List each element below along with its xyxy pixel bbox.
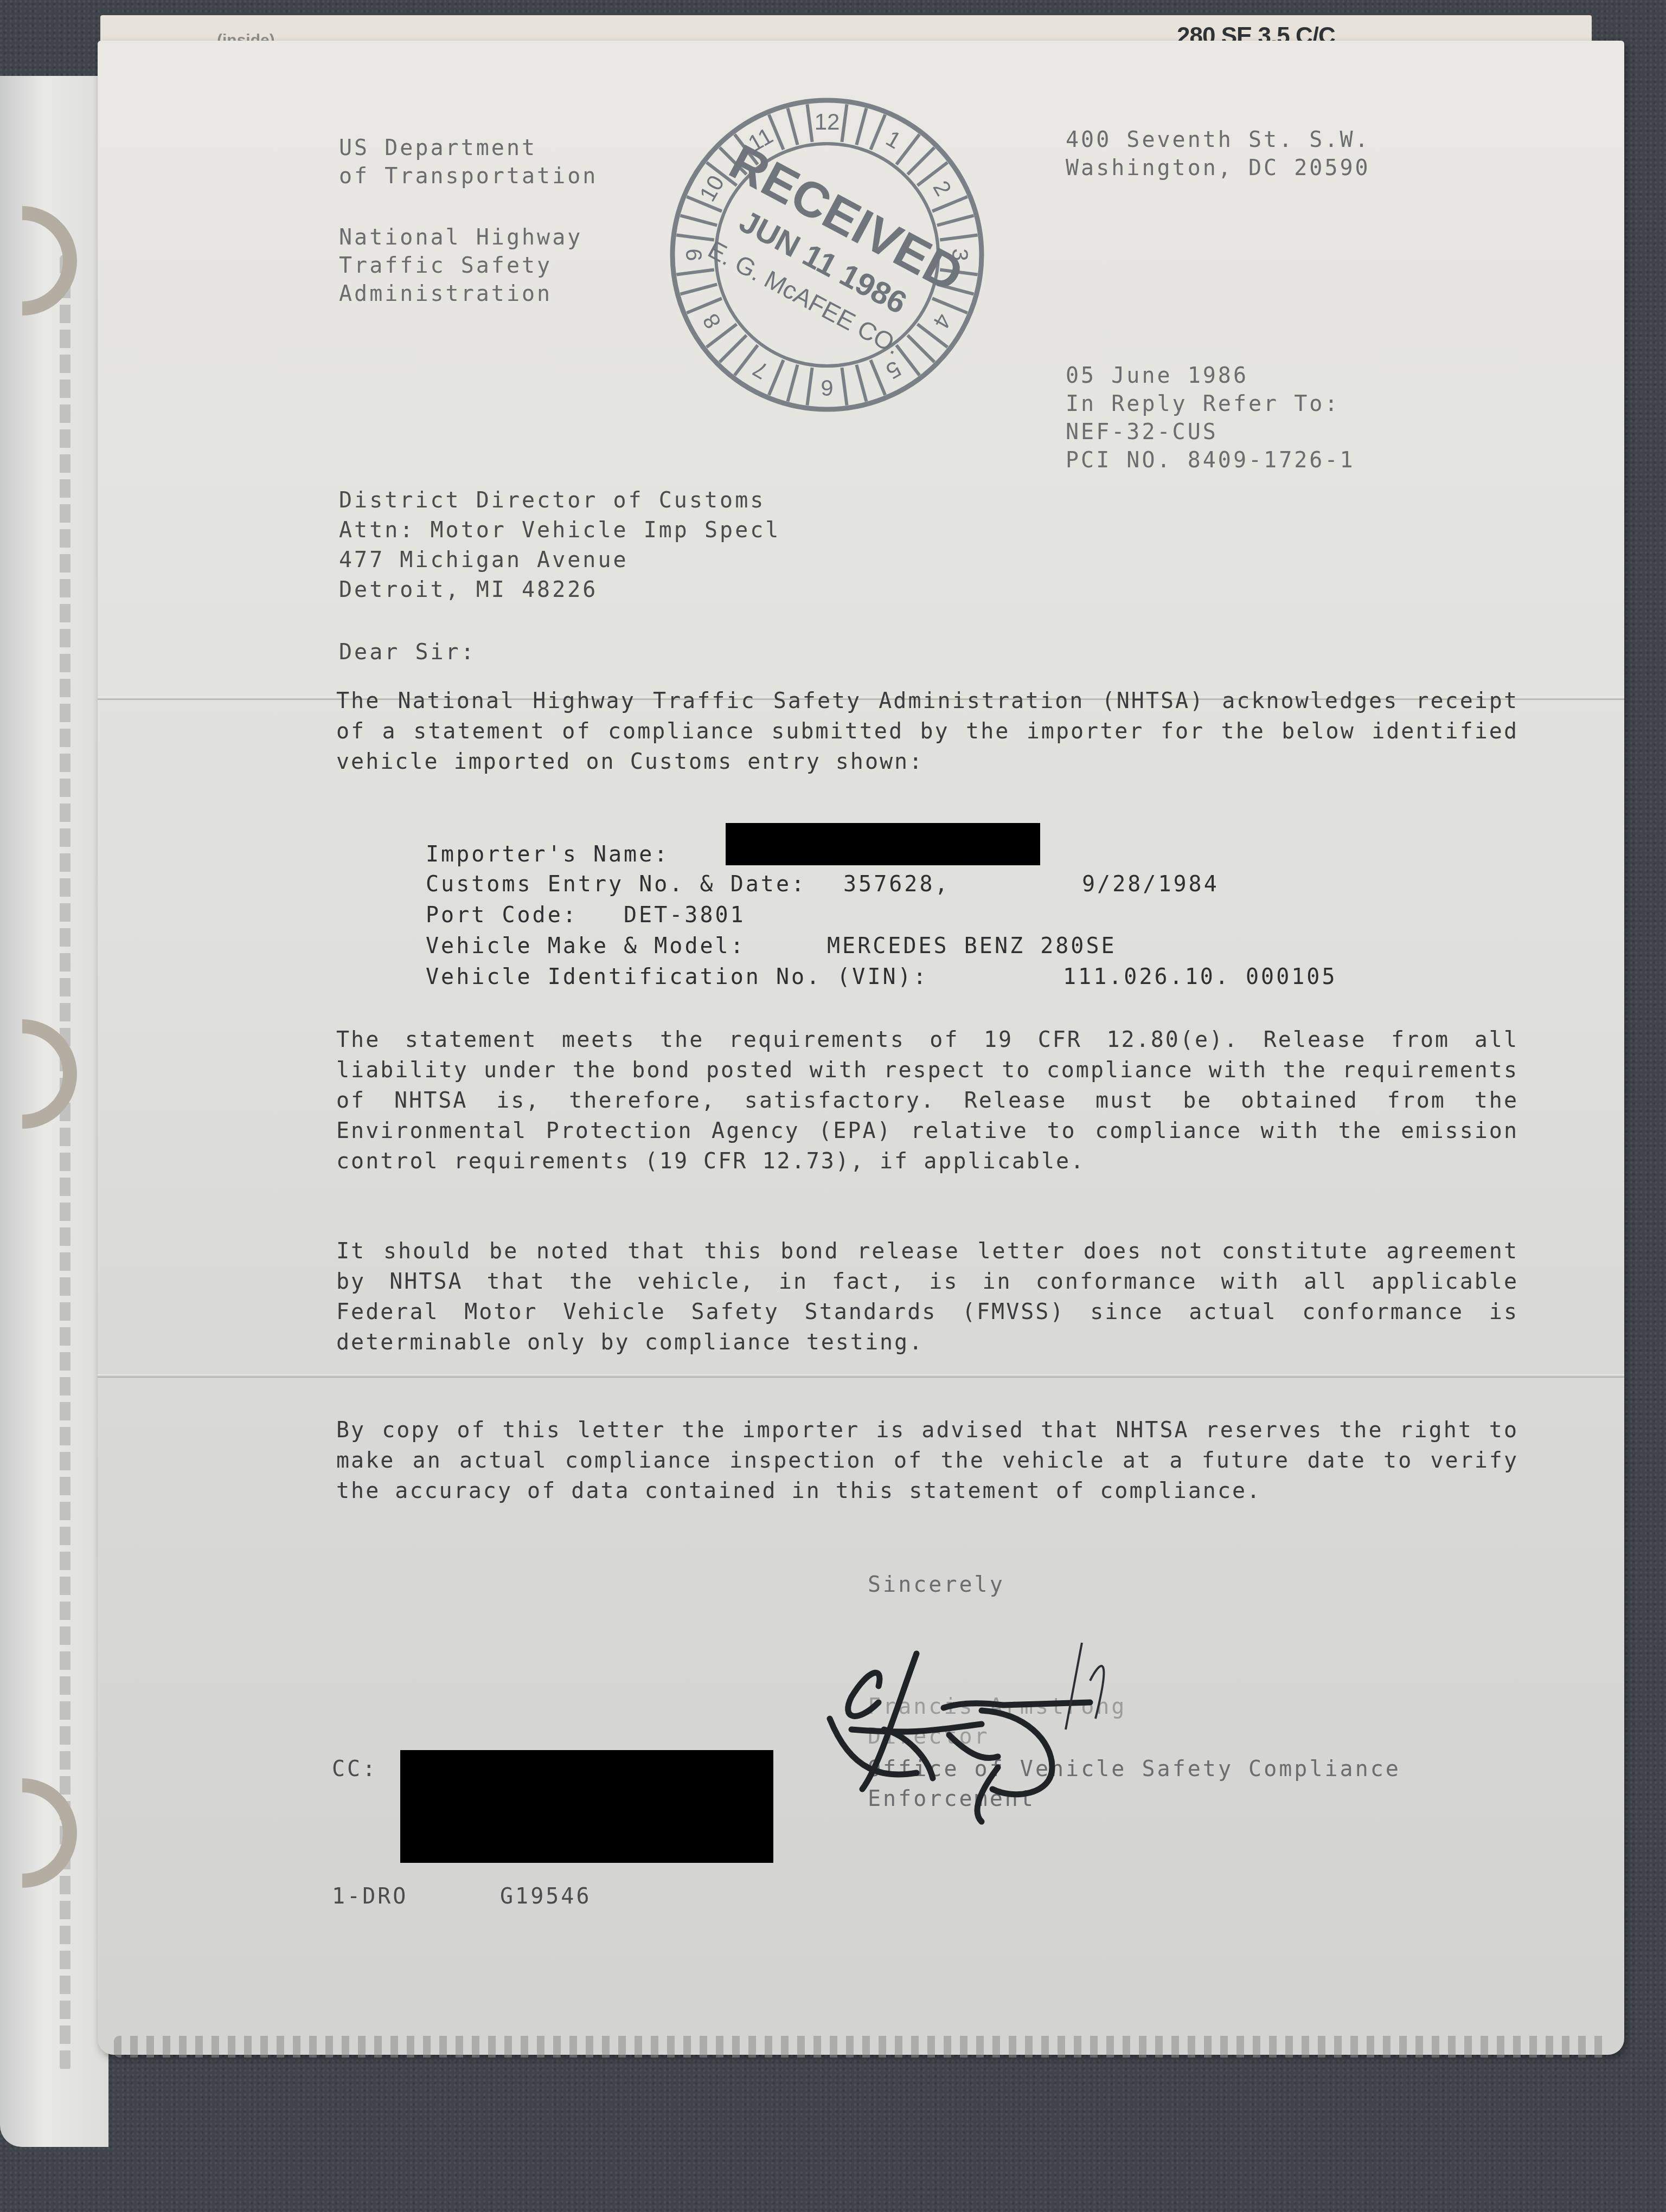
cc-redacted (400, 1750, 773, 1863)
svg-text:1: 1 (882, 125, 906, 153)
customs-entry-date: 9/28/1984 (1082, 869, 1219, 899)
port-code-value: DET-3801 (624, 900, 746, 930)
importer-label: Importer's Name: (426, 839, 669, 870)
footer-number: G19546 (500, 1881, 592, 1912)
sleeve-bottom-perforation (114, 2036, 1611, 2057)
svg-text:2: 2 (928, 176, 956, 200)
svg-text:9: 9 (681, 248, 707, 261)
received-stamp: 121234567891011 RECEIVED JUN 11 1986 E. … (664, 92, 990, 417)
cc-label: CC: (332, 1754, 377, 1784)
letter-date: 05 June 1986 (1066, 361, 1248, 391)
customs-entry-number: 357628, (843, 869, 950, 899)
svg-text:4: 4 (928, 310, 956, 333)
paragraph-1: The National Highway Traffic Safety Admi… (336, 686, 1518, 777)
port-code-label: Port Code: (426, 900, 578, 930)
pci-number: PCI NO. 8409-1726-1 (1066, 445, 1355, 475)
make-model-value: MERCEDES BENZ 280SE (827, 931, 1117, 961)
svg-text:8: 8 (697, 310, 726, 333)
make-model-label: Vehicle Make & Model: (426, 931, 746, 961)
importer-name-redacted (726, 823, 1040, 865)
svg-text:6: 6 (821, 375, 833, 401)
page-fold-bottom (98, 1374, 1624, 1378)
salutation: Dear Sir: (339, 637, 476, 667)
reference-code: NEF-32-CUS (1066, 417, 1218, 447)
paragraph-3: It should be noted that this bond releas… (336, 1236, 1518, 1358)
svg-text:7: 7 (748, 356, 772, 384)
footer-code: 1-DRO (332, 1881, 408, 1912)
reply-label: In Reply Refer To: (1066, 389, 1340, 419)
paragraph-2: The statement meets the requirements of … (336, 1025, 1518, 1176)
paragraph-4: By copy of this letter the importer is a… (336, 1415, 1518, 1506)
svg-text:12: 12 (815, 109, 840, 134)
svg-text:5: 5 (882, 356, 906, 384)
vin-label: Vehicle Identification No. (VIN): (426, 962, 928, 992)
customs-entry-label: Customs Entry No. & Date: (426, 869, 806, 899)
handwritten-signature (819, 1594, 1264, 1827)
vin-value: 111.026.10. 000105 (1063, 962, 1337, 992)
